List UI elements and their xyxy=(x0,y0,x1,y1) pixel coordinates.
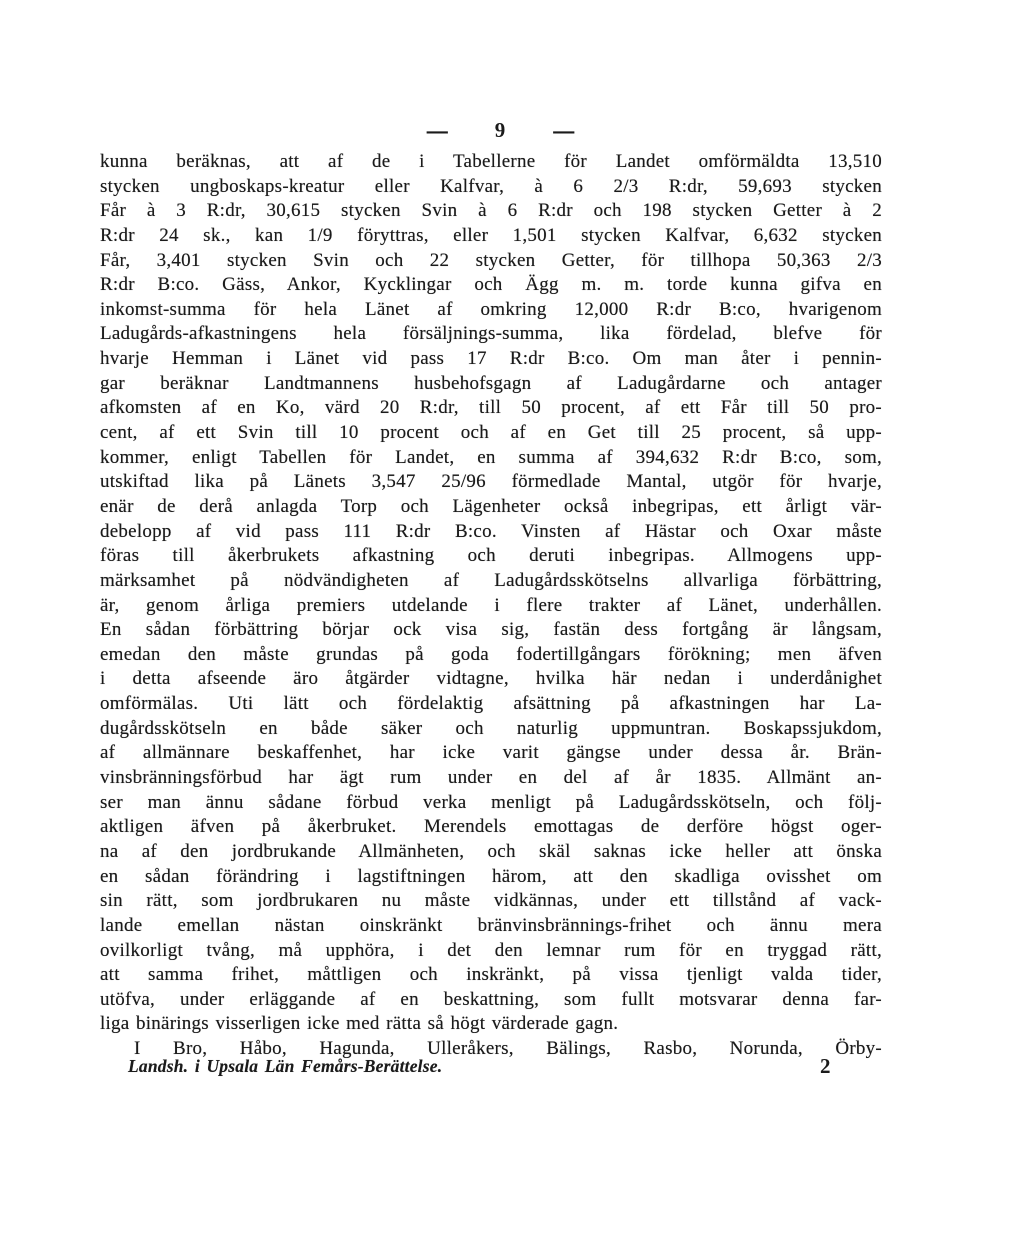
body-line: kommer, enligt Tabellen för Landet, en s… xyxy=(100,446,882,471)
header-dash-right: — xyxy=(553,113,573,148)
body-line: föras till åkerbrukets afkastning och de… xyxy=(100,544,882,569)
body-line: lande emellan nästan oinskränkt bränvins… xyxy=(100,914,882,939)
body-line: R:dr 24 sk., kan 1/9 föryttras, eller 1,… xyxy=(100,224,882,249)
header-dash-left: — xyxy=(427,113,447,148)
body-line: ovilkorligt tvång, må upphöra, i det den… xyxy=(100,939,882,964)
body-line: att samma frihet, måttligen och inskränk… xyxy=(100,963,882,988)
body-line: vinsbränningsförbud har ägt rum under en… xyxy=(100,766,882,791)
body-line: märksamhet på nödvändigheten af Ladugård… xyxy=(100,569,882,594)
document-page: — 9 — kunna beräknas, att af de i Tabell… xyxy=(0,0,1024,1256)
body-line: i detta afseende äro åtgärder vidtagne, … xyxy=(100,667,882,692)
body-line: kunna beräknas, att af de i Tabellerne f… xyxy=(100,150,882,175)
body-line: sin rätt, som jordbrukaren nu måste vidk… xyxy=(100,889,882,914)
body-line: Ladugårds-afkastningens hela försäljning… xyxy=(100,322,882,347)
running-title: Landsh. i Upsala Län Femårs-Berättelse. xyxy=(128,1056,442,1077)
body-line: cent, af ett Svin till 10 procent och af… xyxy=(100,421,882,446)
page-number: 9 xyxy=(495,118,506,143)
body-line: liga binärings visserligen icke med rätt… xyxy=(100,1012,882,1037)
body-line: dugårdsskötseln en både säker och naturl… xyxy=(100,717,882,742)
body-line: stycken ungboskaps-kreatur eller Kalfvar… xyxy=(100,175,882,200)
body-line: en sådan förändring i lagstiftningen här… xyxy=(100,865,882,890)
body-line: gar beräknar Landtmannens husbehofsgagn … xyxy=(100,372,882,397)
body-text: kunna beräknas, att af de i Tabellerne f… xyxy=(100,150,882,1062)
body-line: En sådan förbättring börjar ock visa sig… xyxy=(100,618,882,643)
body-line: emedan den måste grundas på goda foderti… xyxy=(100,643,882,668)
body-line: Får, 3,401 stycken Svin och 22 stycken G… xyxy=(100,249,882,274)
body-line: inkomst-summa för hela Länet af omkring … xyxy=(100,298,882,323)
body-line: är, genom årliga premiers utdelande i fl… xyxy=(100,594,882,619)
body-line: Får à 3 R:dr, 30,615 stycken Svin à 6 R:… xyxy=(100,199,882,224)
body-line: afkomsten af en Ko, värd 20 R:dr, till 5… xyxy=(100,396,882,421)
body-line: utskiftad lika på Länets 3,547 25/96 för… xyxy=(100,470,882,495)
body-line: R:dr B:co. Gäss, Ankor, Kycklingar och Ä… xyxy=(100,273,882,298)
body-line: debelopp af vid pass 111 R:dr B:co. Vins… xyxy=(100,520,882,545)
body-line: ser man ännu sådane förbud verka menligt… xyxy=(100,791,882,816)
body-line: hvarje Hemman i Länet vid pass 17 R:dr B… xyxy=(100,347,882,372)
body-line: utöfva, under erläggande af en beskattni… xyxy=(100,988,882,1013)
body-line: af allmännare beskaffenhet, har icke var… xyxy=(100,741,882,766)
body-line: omförmälas. Uti lätt och fördelaktig afs… xyxy=(100,692,882,717)
body-line: aktligen äfven på åkerbruket. Merendels … xyxy=(100,815,882,840)
body-line: enär de derå anlagda Torp och Lägenheter… xyxy=(100,495,882,520)
body-line: na af den jordbrukande Allmänheten, och … xyxy=(100,840,882,865)
signature-number: 2 xyxy=(820,1054,831,1079)
page-header: — 9 — xyxy=(0,118,1000,143)
page-footer: Landsh. i Upsala Län Femårs-Berättelse. … xyxy=(128,1054,888,1084)
